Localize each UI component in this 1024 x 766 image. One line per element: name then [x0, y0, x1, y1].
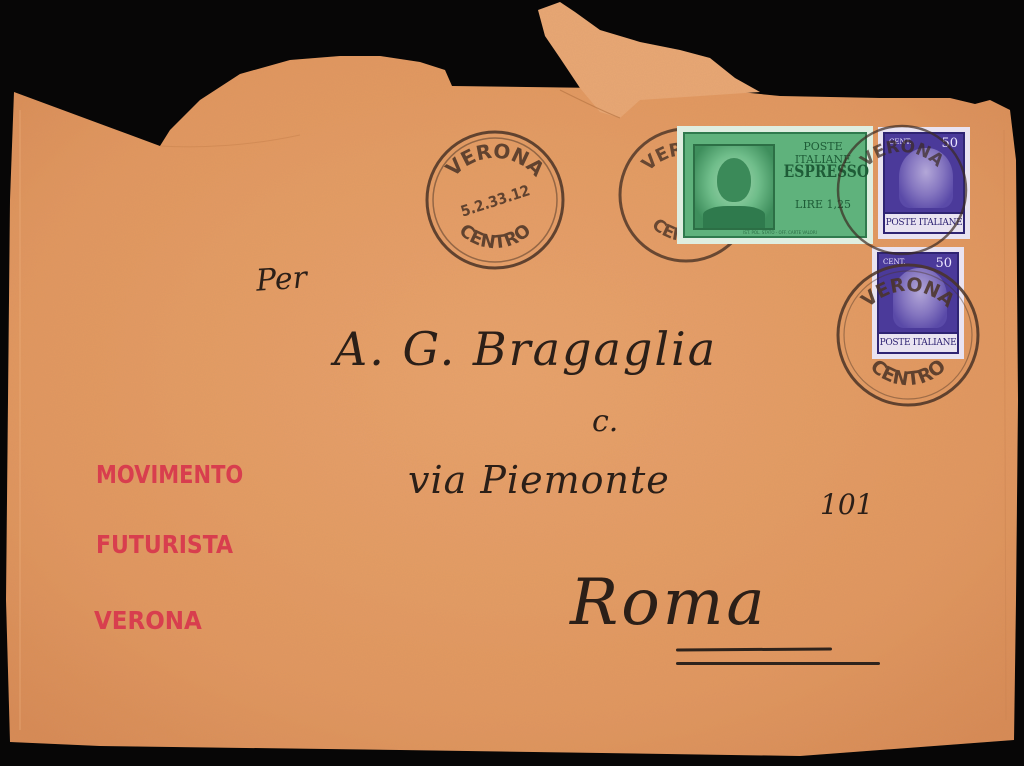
address-recipient: A. G. Bragaglia: [334, 322, 717, 376]
envelope-photo: VERONA CENTRO 5.2.33.12 VERONA CENTRO PO…: [0, 0, 1024, 766]
envelope: VERONA CENTRO 5.2.33.12 VERONA CENTRO: [0, 0, 1024, 766]
stamp-denomination: 50: [935, 256, 952, 271]
address-city: Roma: [570, 566, 768, 640]
stamp-portrait: [693, 144, 775, 230]
address-prefix: Per: [255, 260, 308, 298]
letterhead-line-3: VERONA: [94, 608, 202, 633]
letterhead-line-2: FUTURISTA: [96, 532, 233, 557]
stamp-imperiale-top: CENT. 50 POSTE ITALIANE: [878, 127, 970, 239]
stamp-currency: CENT.: [889, 138, 911, 146]
city-underline-2: [676, 662, 880, 665]
stamp-espresso-value: LIRE 1,25: [777, 198, 869, 211]
stamp-portrait: [893, 268, 947, 328]
stamp-denomination: 50: [941, 136, 958, 151]
stamp-espresso: POSTE ITALIANE ESPRESSO LIRE 1,25 IST. P…: [677, 126, 873, 244]
address-street: via Piemonte: [408, 458, 670, 502]
stamp-currency: CENT.: [883, 258, 905, 266]
stamp-espresso-main-text: ESPRESSO: [784, 162, 863, 182]
stamp-banner: POSTE ITALIANE: [885, 212, 963, 232]
stamp-espresso-printer: IST. POL. STATO - OFF. CARTE VALORI: [695, 230, 865, 235]
address-number: 101: [820, 488, 873, 521]
stamp-imperiale-bottom: CENT. 50 POSTE ITALIANE: [872, 247, 964, 359]
address-care-mark: c.: [592, 404, 618, 439]
stamp-banner: POSTE ITALIANE: [879, 332, 957, 352]
letterhead-line-1: MOVIMENTO: [96, 462, 243, 487]
stamp-portrait: [899, 148, 953, 208]
